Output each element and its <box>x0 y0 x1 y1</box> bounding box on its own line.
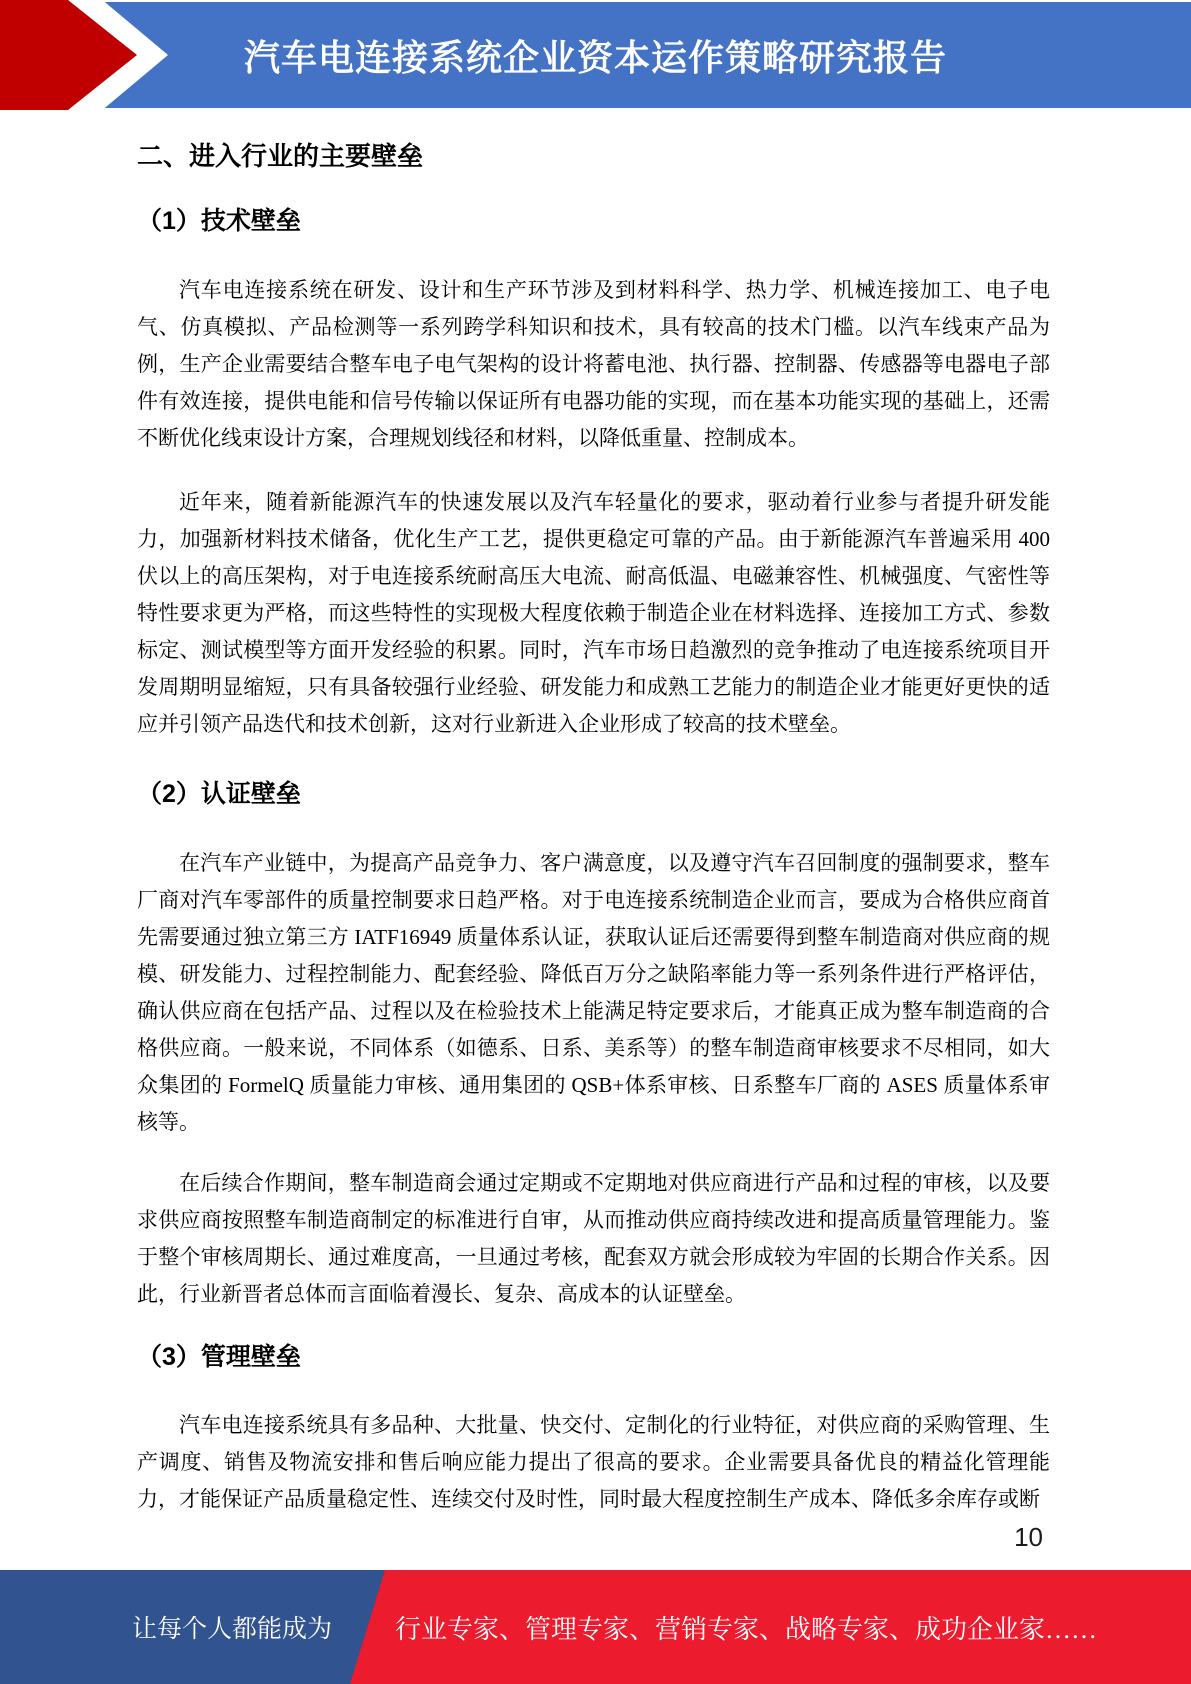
section-heading-main: 二、进入行业的主要壁垒 <box>137 138 1050 174</box>
footer-slogan-right: 行业专家、管理专家、营销专家、战略专家、成功企业家…… <box>395 1570 1175 1684</box>
footer-slogan-left: 让每个人都能成为 <box>0 1570 350 1684</box>
page-content: 二、进入行业的主要壁垒 （1）技术壁垒 汽车电连接系统在研发、设计和生产环节涉及… <box>0 108 1191 1552</box>
red-arrow-icon <box>0 0 180 112</box>
chevron-icon <box>0 0 180 112</box>
footer-banner: 让每个人都能成为 行业专家、管理专家、营销专家、战略专家、成功企业家…… <box>0 1570 1191 1684</box>
paragraph: 汽车电连接系统具有多品种、大批量、快交付、定制化的行业特征，对供应商的采购管理、… <box>137 1407 1050 1518</box>
page-number: 10 <box>0 1522 1043 1552</box>
document-page: 汽车电连接系统企业资本运作策略研究报告 二、进入行业的主要壁垒 （1）技术壁垒 … <box>0 0 1191 1684</box>
paragraph: 汽车电连接系统在研发、设计和生产环节涉及到材料科学、热力学、机械连接加工、电子电… <box>137 272 1050 457</box>
paragraph: 在汽车产业链中，为提高产品竞争力、客户满意度，以及遵守汽车召回制度的强制要求，整… <box>137 845 1050 1141</box>
report-title: 汽车电连接系统企业资本运作策略研究报告 <box>244 30 947 81</box>
paragraph: 在后续合作期间，整车制造商会通过定期或不定期地对供应商进行产品和过程的审核，以及… <box>137 1165 1050 1313</box>
subsection-heading-3: （3）管理壁垒 <box>137 1340 1050 1374</box>
paragraph: 近年来，随着新能源汽车的快速发展以及汽车轻量化的要求，驱动着行业参与者提升研发能… <box>137 484 1050 743</box>
subsection-heading-2: （2）认证壁垒 <box>137 777 1050 811</box>
subsection-heading-1: （1）技术壁垒 <box>137 204 1050 238</box>
